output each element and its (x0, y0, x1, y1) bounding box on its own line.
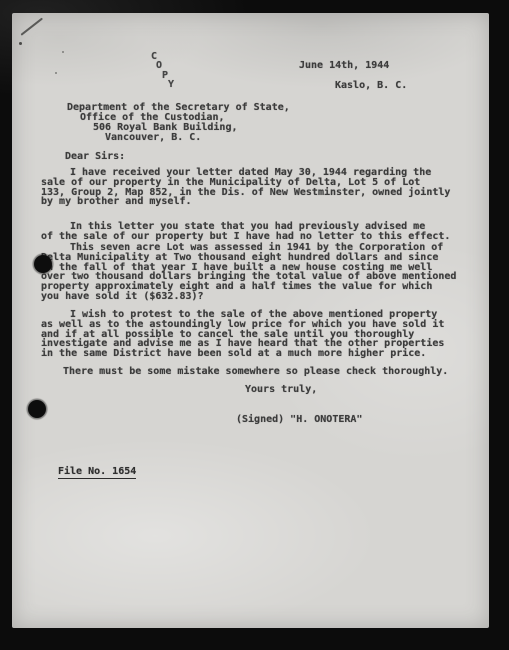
letter-line: in the same District have been sold at a… (41, 349, 444, 359)
paragraph-3: This seven acre Lot was assessed in 1941… (41, 243, 456, 302)
paragraph-2: In this letter you state that you had pr… (41, 222, 450, 242)
salutation: Dear Sirs: (65, 152, 125, 162)
letter-line: you have sold it ($632.83)? (41, 292, 456, 302)
hole-punch-top (34, 255, 52, 273)
hole-punch-bottom (28, 400, 46, 418)
letter-line: of the sale of our property but I have h… (41, 232, 450, 242)
paragraph-1: I have received your letter dated May 30… (41, 168, 450, 207)
letter-paper: C O P Y June 14th, 1944 Kaslo, B. C. Dep… (12, 13, 489, 628)
letter-line: There must be some mistake somewhere so … (63, 367, 448, 377)
signature-line: (Signed) "H. ONOTERA" (236, 415, 362, 425)
copy-stamp-letter: Y (168, 79, 174, 90)
file-number-text: File No. 1654 (58, 466, 136, 479)
scan-speck (62, 51, 64, 53)
closing-line: Yours truly, (245, 385, 317, 395)
scanned-letter-page: C O P Y June 14th, 1944 Kaslo, B. C. Dep… (0, 0, 509, 650)
pencil-mark-dot (19, 42, 22, 45)
scan-speck (55, 72, 57, 74)
paragraph-5: There must be some mistake somewhere so … (63, 367, 448, 377)
place-line: Kaslo, B. C. (335, 81, 407, 91)
letter-line: by my brother and myself. (41, 197, 450, 207)
pencil-mark (21, 18, 43, 36)
file-number: File No. 1654 (58, 467, 136, 477)
paragraph-4: I wish to protest to the sale of the abo… (41, 310, 444, 359)
date-line: June 14th, 1944 (299, 61, 389, 71)
recipient-line: Vancouver, B. C. (105, 133, 201, 143)
